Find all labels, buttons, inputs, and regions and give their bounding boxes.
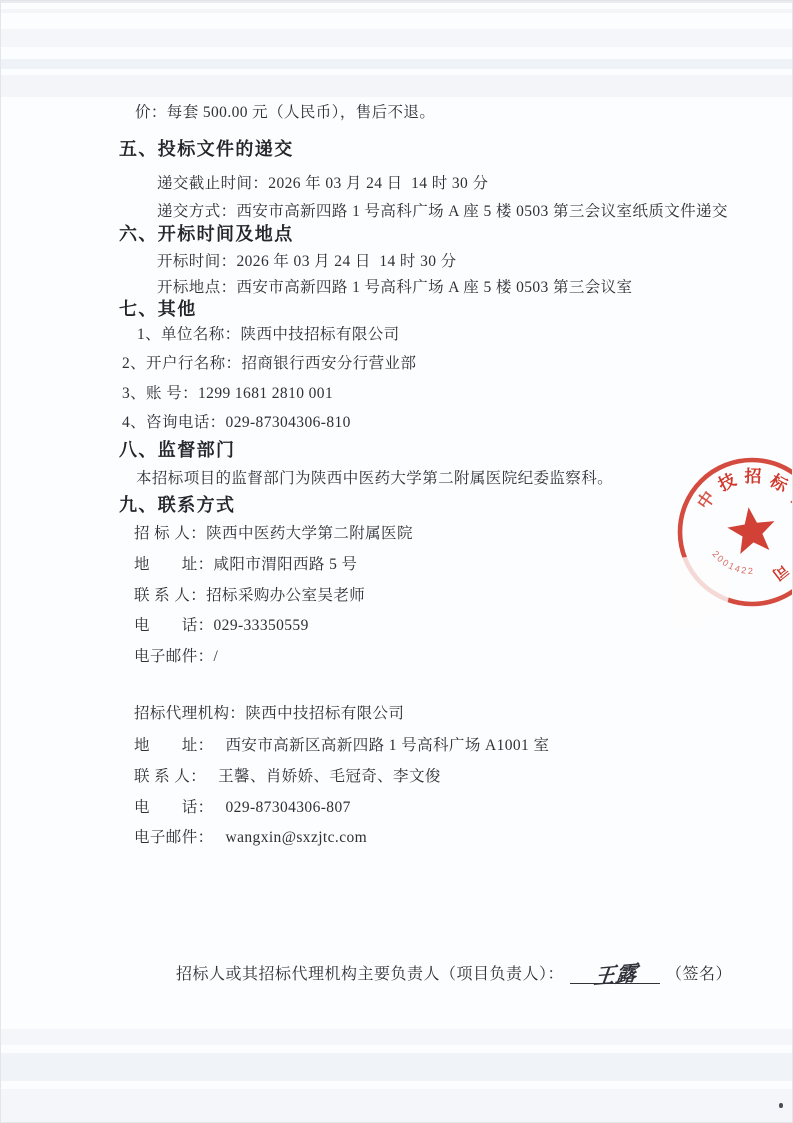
field-value: 咸阳市渭阳西路 5 号: [214, 556, 358, 573]
seal-arc-char: 标: [766, 470, 792, 497]
tenderer-row: 电子邮件：/: [134, 647, 218, 666]
scan-artifact-band: [1, 9, 793, 13]
opening-place: 开标地点：西安市高新四路 1 号高科广场 A 座 5 楼 0503 第三会议室: [157, 278, 632, 297]
agency-title-row: 招标代理机构：陕西中技招标有限公司: [134, 704, 404, 723]
tenderer-row: 电 话：029-33350559: [134, 616, 309, 635]
signature-area: 王露: [570, 962, 660, 984]
field-value: 王馨、肖娇娇、毛冠奇、李文俊: [206, 768, 441, 785]
section-heading-contact: 九、联系方式: [119, 495, 235, 517]
section-heading-supervision: 八、监督部门: [119, 440, 235, 462]
other-item-3: 3、账 号：1299 1681 2810 001: [122, 384, 333, 403]
section-heading-opening: 六、开标时间及地点: [119, 224, 294, 246]
seal-arc-char: 有: [786, 488, 793, 513]
price-note: 价：每套 500.00 元（人民币），售后不退。: [135, 103, 435, 122]
submission-method: 递交方式：西安市高新四路 1 号高科广场 A 座 5 楼 0503 第三会议室纸…: [157, 202, 728, 221]
other-item-1: 1、单位名称：陕西中技招标有限公司: [137, 325, 400, 344]
seal-arc-char: 招: [743, 466, 761, 486]
field-label: 电子邮件：: [134, 648, 214, 665]
field-value: 029-87304306-807: [214, 799, 351, 816]
field-value: 招标采购办公室吴老师: [206, 587, 365, 604]
signature-suffix: （签名）: [666, 966, 732, 983]
other-item-4: 4、咨询电话：029-87304306-810: [122, 413, 351, 432]
scan-artifact-band: [1, 1089, 793, 1123]
field-label: 电子邮件：: [134, 829, 214, 846]
tenderer-row: 招 标 人：陕西中医药大学第二附属医院: [134, 524, 413, 543]
agency-row: 地 址：西安市高新区高新四路 1 号高科广场 A1001 室: [134, 736, 549, 755]
field-label: 地 址：: [134, 556, 214, 573]
handwritten-signature: 王露: [592, 963, 637, 988]
field-label: 地 址：: [134, 737, 214, 754]
field-value: wangxin@sxzjtc.com: [214, 829, 368, 846]
other-item-2: 2、开户行名称：招商银行西安分行营业部: [122, 354, 416, 373]
field-label: 电 话：: [134, 617, 214, 634]
agency-row: 电子邮件：wangxin@sxzjtc.com: [134, 828, 367, 847]
company-seal-stamp: 中 技 招 标 有 司 2001422: [671, 441, 793, 641]
scan-artifact-band: [1, 59, 793, 69]
section-heading-submission: 五、投标文件的递交: [119, 139, 294, 161]
signature-line: 招标人或其招标代理机构主要负责人（项目负责人）：王露（签名）: [158, 942, 732, 1005]
seal-arc-char: 中: [693, 487, 719, 512]
section-heading-other: 七、其他: [119, 299, 197, 321]
scan-speck: [779, 1103, 783, 1108]
field-label: 联 系 人：: [134, 768, 206, 785]
signature-label: 招标人或其招标代理机构主要负责人（项目负责人）：: [176, 966, 564, 983]
field-value: 陕西中医药大学第二附属医院: [206, 525, 413, 542]
scan-artifact-band: [1, 1029, 793, 1045]
tenderer-row: 联 系 人：招标采购办公室吴老师: [134, 586, 365, 605]
seal-arc-char: 技: [714, 469, 739, 495]
field-label: 联 系 人：: [134, 587, 206, 604]
opening-time: 开标时间：2026 年 03 月 24 日 14 时 30 分: [157, 252, 457, 271]
field-value: 029-33350559: [214, 617, 309, 634]
agency-row: 电 话：029-87304306-807: [134, 798, 351, 817]
submission-deadline: 递交截止时间：2026 年 03 月 24 日 14 时 30 分: [157, 174, 488, 193]
star-icon: [725, 504, 778, 555]
supervision-body: 本招标项目的监督部门为陕西中医药大学第二附属医院纪委监察科。: [136, 469, 613, 488]
document-page: 价：每套 500.00 元（人民币），售后不退。 五、投标文件的递交 递交截止时…: [0, 0, 793, 1123]
field-label: 招 标 人：: [134, 525, 206, 542]
seal-ink-fade: [671, 557, 729, 629]
field-value: 陕西中技招标有限公司: [245, 705, 404, 722]
tenderer-row: 地 址：咸阳市渭阳西路 5 号: [134, 555, 357, 574]
scan-artifact-band: [1, 1053, 793, 1081]
field-value: /: [214, 648, 219, 665]
field-label: 招标代理机构：: [134, 705, 245, 722]
field-value: 西安市高新区高新四路 1 号高科广场 A1001 室: [214, 737, 550, 754]
scan-artifact-band: [1, 75, 793, 97]
seal-side-char: 司: [769, 560, 792, 583]
field-label: 电 话：: [134, 799, 214, 816]
scan-artifact-band: [1, 1, 793, 3]
agency-row: 联 系 人：王馨、肖娇娇、毛冠奇、李文俊: [134, 767, 441, 786]
scan-artifact-band: [1, 29, 793, 47]
